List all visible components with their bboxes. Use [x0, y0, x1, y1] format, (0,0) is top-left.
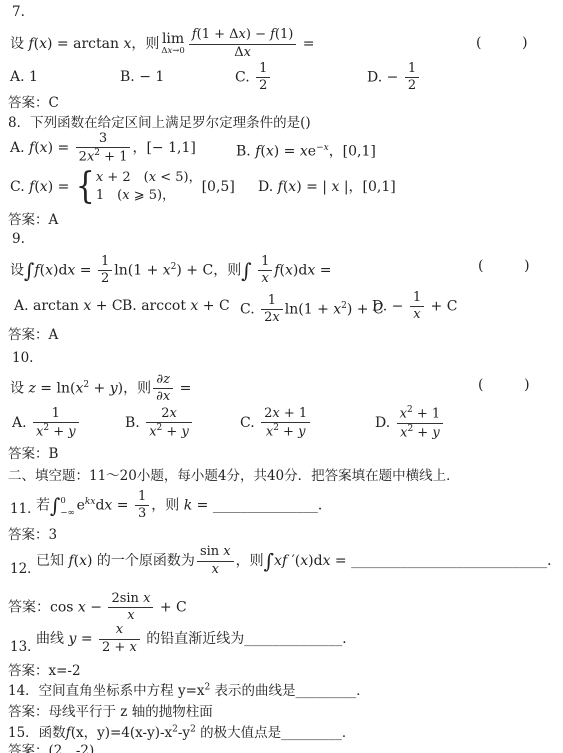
- question-14-stem: 14．空间直角坐标系中方程 y=x2 表示的曲线是_________．: [8, 679, 370, 699]
- question-15-answer: 答案：(2，-2): [8, 739, 94, 753]
- question-7-option-d: D. − 12: [367, 62, 421, 92]
- question-9-stem: 设∫f(x)dx = 12ln(1 + x2) + C，则∫ 1xf(x)dx …: [10, 249, 331, 285]
- question-13-row: 13． 曲线 y = x2 + x 的铅直渐近线为______________．: [10, 623, 356, 656]
- question-8-option-d: D. f(x) = | x |，[0,1]: [258, 166, 396, 208]
- question-7-option-a: A. 1: [10, 62, 38, 92]
- question-14-answer: 答案：母线平行于 z 轴的抛物柱面: [8, 700, 213, 720]
- question-12-stem: 已知 f(x) 的一个原函数为sin xx，则∫xf ′(x)dx = ____…: [36, 545, 561, 578]
- question-15-stem: 15．函数f(x，y)=4(x-y)-x2-y2 的极大值点是_________…: [8, 721, 355, 741]
- question-8-option-b: B. f(x) = xe−x，[0,1]: [236, 132, 376, 164]
- question-11-row: 11． 若∫0−∞ekxdx = 13，则 k = ______________…: [10, 486, 332, 518]
- question-9-option-d: D. − 1x + C: [372, 291, 457, 321]
- exam-page: 7. 设 f(x) = arctan x，则limΔx→0f(1 + Δx) −…: [0, 0, 563, 753]
- question-13-number: 13．: [10, 635, 41, 655]
- question-8-option-c: C. f(x) = {x + 2 (x < 5)，1 (x ⩾ 5)，[0,5]: [10, 166, 235, 208]
- question-12-number: 12．: [10, 557, 41, 577]
- question-10-option-d: D. x2 + 1x2 + y: [375, 406, 445, 440]
- question-13-stem: 曲线 y = x2 + x 的铅直渐近线为______________．: [36, 623, 356, 656]
- question-10-option-a: A. 1x2 + y: [12, 406, 81, 440]
- question-9-answer: 答案：A: [8, 323, 58, 343]
- question-10-answer: 答案：B: [8, 442, 58, 462]
- question-8-title: 8．下列函数在给定区间上满足罗尔定理条件的是(): [8, 111, 311, 131]
- section-2-header: 二、填空题：11～20小题，每小题4分，共40分．把答案填在题中横线上．: [8, 464, 460, 484]
- question-7-answer-brackets: ( ): [476, 35, 530, 51]
- question-13-answer: 答案：x=-2: [8, 659, 81, 679]
- question-9-answer-brackets: ( ): [478, 258, 532, 274]
- question-10-option-b: B. 2xx2 + y: [125, 406, 194, 440]
- question-11-answer: 答案：3: [8, 523, 57, 543]
- question-7-number: 7.: [12, 4, 25, 20]
- question-10-option-c: C. 2x + 1x2 + y: [240, 406, 312, 440]
- question-12-row: 12． 已知 f(x) 的一个原函数为sin xx，则∫xf ′(x)dx = …: [10, 545, 561, 578]
- question-11-number: 11．: [10, 497, 41, 517]
- question-7-option-b: B. − 1: [120, 62, 164, 92]
- question-11-stem: 若∫0−∞ekxdx = 13，则 k = _______________．: [36, 486, 332, 522]
- question-7-answer: 答案：C: [8, 91, 59, 111]
- question-9-option-c: C. 12xln(1 + x2) + C: [240, 291, 384, 321]
- question-9-option-b: B. arccot x + C: [122, 291, 230, 321]
- question-9-number: 9.: [12, 231, 25, 247]
- question-7-option-c: C. 12: [235, 62, 272, 92]
- question-8-answer: 答案：A: [8, 208, 58, 228]
- question-10-number: 10.: [12, 350, 33, 366]
- question-7-stem: 设 f(x) = arctan x，则limΔx→0f(1 + Δx) − f(…: [10, 26, 315, 62]
- question-8-option-a: A. f(x) = 32x2 + 1，[− 1,1]: [10, 132, 196, 164]
- question-10-answer-brackets: ( ): [478, 377, 532, 393]
- question-12-answer: 答案：cos x − 2sin xx + C: [8, 592, 187, 622]
- question-10-stem: 设 z = ln(x2 + y)，则∂z∂x =: [10, 368, 191, 402]
- question-9-option-a: A. arctan x + C: [14, 291, 123, 321]
